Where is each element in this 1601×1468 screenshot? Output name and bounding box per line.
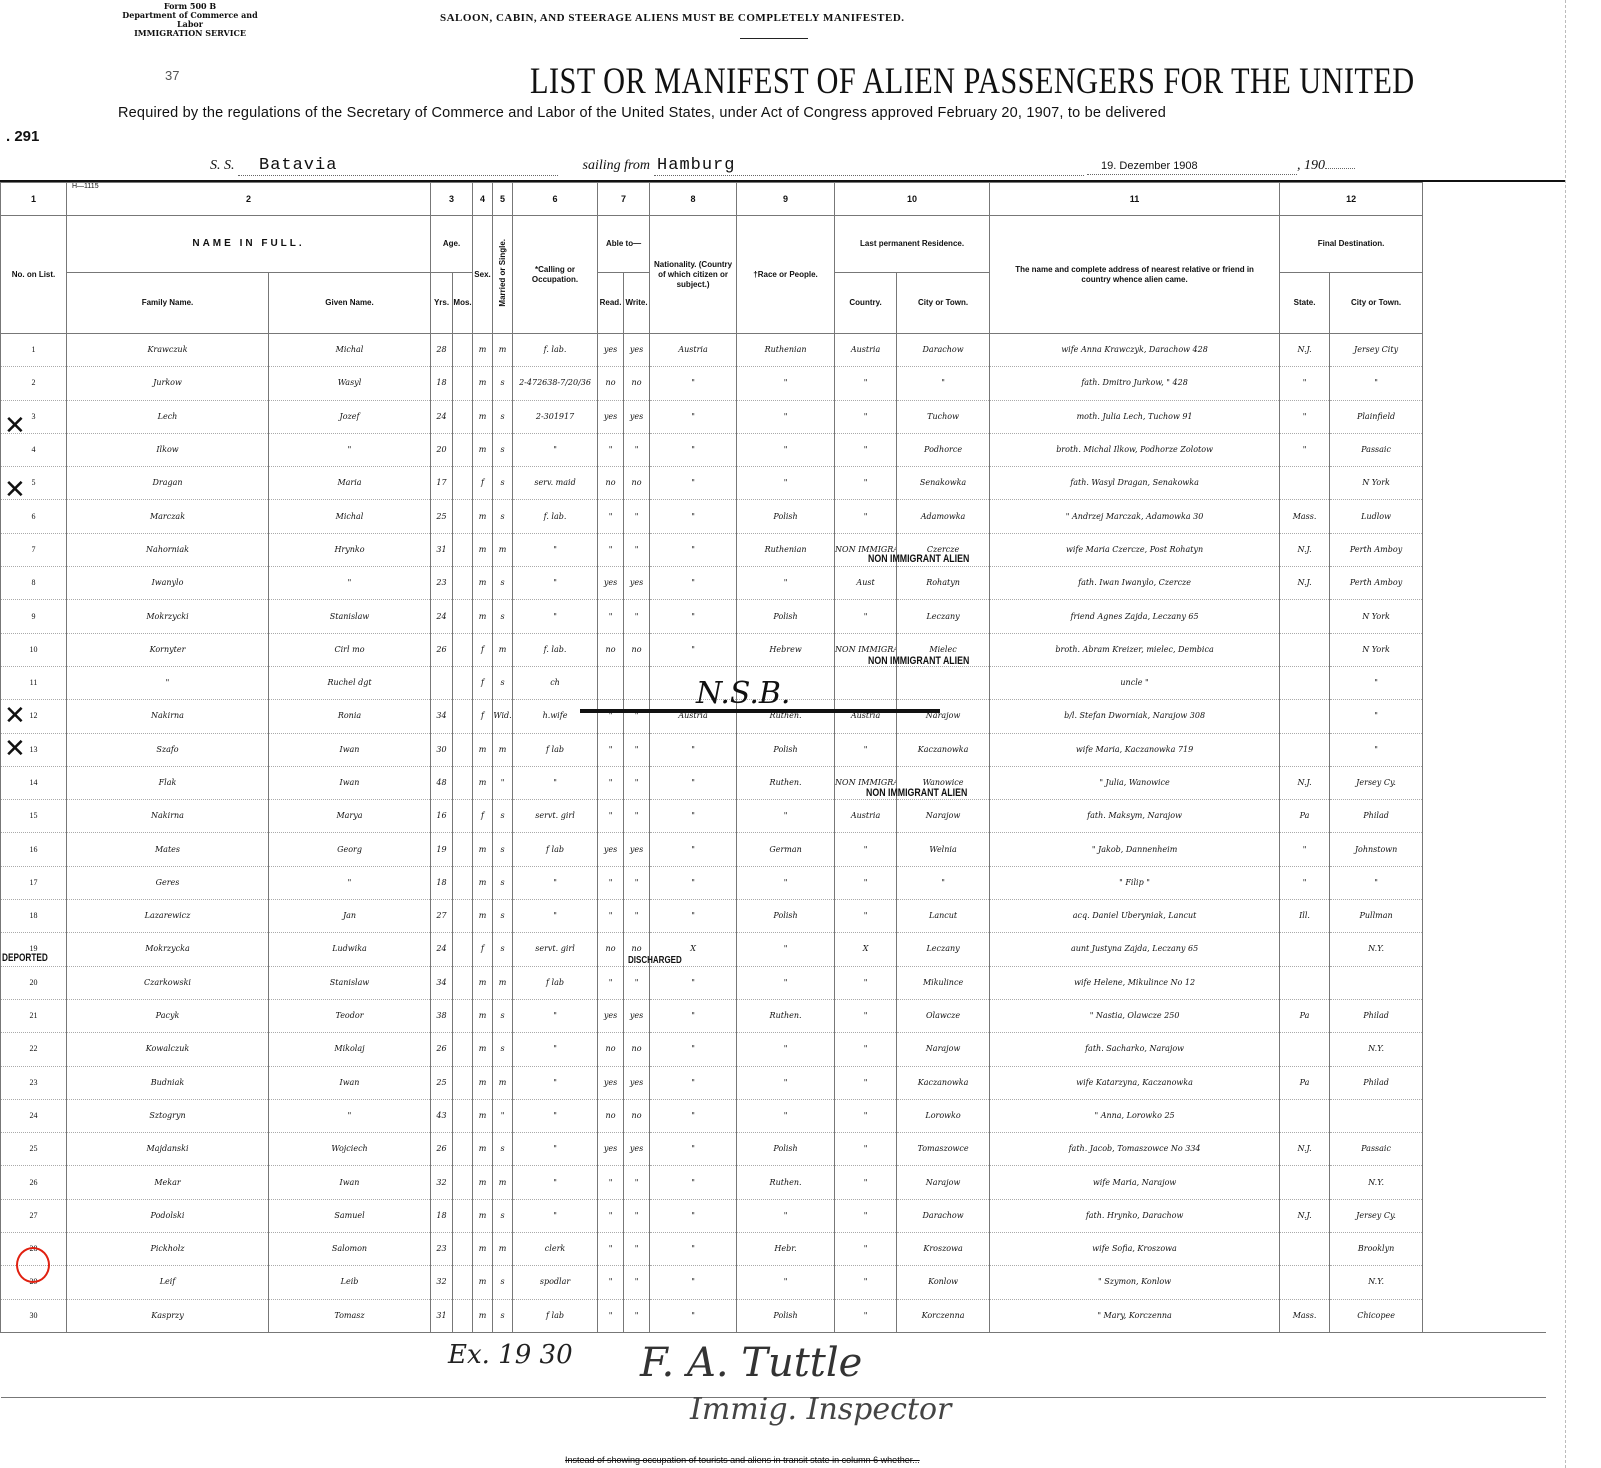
can-write: " xyxy=(624,966,650,999)
sailing-label: sailing from xyxy=(583,158,651,173)
given-name: Marya xyxy=(269,800,431,833)
nearest-relative: " Nastia, Olawcze 250 xyxy=(990,999,1280,1032)
nearest-relative: wife Maria, Narajow xyxy=(990,1166,1280,1199)
can-write: yes xyxy=(624,833,650,866)
given-name: Stanislaw xyxy=(269,966,431,999)
date-stamp: 19. Dezember 1908 xyxy=(1101,160,1198,172)
spacer xyxy=(1423,183,1546,216)
residence-country: " xyxy=(835,1033,897,1066)
year-prefix: 190 xyxy=(1304,158,1325,173)
given-name: Leib xyxy=(269,1266,431,1299)
race: " xyxy=(737,433,835,466)
tally-mark: Ex. 19 30 xyxy=(448,1340,573,1370)
nationality: " xyxy=(650,633,737,666)
residence-city: Kroszowa xyxy=(897,1233,990,1266)
residence-country: " xyxy=(835,999,897,1032)
sex: m xyxy=(473,999,493,1032)
nearest-relative: fath. Maksym, Narajow xyxy=(990,800,1280,833)
table-row: 13SzafoIwan30mmf lab"""Polish"Kaczanowka… xyxy=(1,733,1546,766)
can-read: yes xyxy=(598,400,624,433)
can-write: yes xyxy=(624,567,650,600)
row-number: 24 xyxy=(1,1099,67,1132)
can-read: " xyxy=(598,1266,624,1299)
marital-status: s xyxy=(493,933,513,966)
dest-state xyxy=(1280,1099,1330,1132)
table-row: 27PodolskiSamuel18ms""""""Darachowfath. … xyxy=(1,1199,1546,1232)
race: " xyxy=(737,1199,835,1232)
dest-state: N.J. xyxy=(1280,1133,1330,1166)
marital-status: s xyxy=(493,400,513,433)
can-read: " xyxy=(598,500,624,533)
given-name: Stanislaw xyxy=(269,600,431,633)
margin xyxy=(1423,633,1546,666)
can-write: yes xyxy=(624,400,650,433)
can-read: " xyxy=(598,1166,624,1199)
dest-city: Philad xyxy=(1330,999,1423,1032)
age-years: 26 xyxy=(431,1033,453,1066)
sex: m xyxy=(473,1133,493,1166)
nearest-relative: moth. Julia Lech, Tuchow 91 xyxy=(990,400,1280,433)
residence-city: Narajow xyxy=(897,1033,990,1066)
margin xyxy=(1423,500,1546,533)
age-months xyxy=(453,900,473,933)
age-years: 26 xyxy=(431,633,453,666)
write-header: Write. xyxy=(624,273,650,334)
dest-city: N.Y. xyxy=(1330,933,1423,966)
age-years: 18 xyxy=(431,367,453,400)
given-name: Samuel xyxy=(269,1199,431,1232)
ship-info-line: S. S. Batavia sailing from Hamburg 19. D… xyxy=(210,156,1355,176)
sex: m xyxy=(473,1033,493,1066)
nearest-relative: " Anna, Lorowko 25 xyxy=(990,1099,1280,1132)
age-years: 19 xyxy=(431,833,453,866)
margin xyxy=(1423,1266,1546,1299)
marital-status: s xyxy=(493,1266,513,1299)
can-write: no xyxy=(624,1099,650,1132)
occupation: clerk xyxy=(513,1233,598,1266)
family-name: Sztogryn xyxy=(67,1099,269,1132)
age-months xyxy=(453,1066,473,1099)
race: " xyxy=(737,933,835,966)
marital-status: s xyxy=(493,500,513,533)
marital-status: m xyxy=(493,966,513,999)
table-row: 25MajdanskiWojciech26ms"yesyes"Polish"To… xyxy=(1,1133,1546,1166)
dest-state xyxy=(1280,600,1330,633)
nationality-header: Nationality. (Country of which citizen o… xyxy=(650,216,737,334)
dest-state xyxy=(1280,733,1330,766)
race: Ruthen. xyxy=(737,1166,835,1199)
age-years: 24 xyxy=(431,600,453,633)
nationality: " xyxy=(650,999,737,1032)
marital-status: m xyxy=(493,1166,513,1199)
family-name: Mates xyxy=(67,833,269,866)
can-write: no xyxy=(624,367,650,400)
margin xyxy=(1423,900,1546,933)
row-number: 23 xyxy=(1,1066,67,1099)
residence-city: Senakowka xyxy=(897,467,990,500)
table-row: 9MokrzyckiStanislaw24ms""""Polish"Leczan… xyxy=(1,600,1546,633)
can-read: " xyxy=(598,766,624,799)
can-write: " xyxy=(624,600,650,633)
can-read: yes xyxy=(598,1133,624,1166)
x-mark-icon: ✕ xyxy=(4,411,26,441)
can-read: " xyxy=(598,966,624,999)
family-name: Krawczuk xyxy=(67,334,269,367)
name-in-full-header: NAME IN FULL. xyxy=(67,216,431,273)
dest-city: Jersey City xyxy=(1330,334,1423,367)
margin xyxy=(1423,1199,1546,1232)
sex: m xyxy=(473,1166,493,1199)
sex: f xyxy=(473,800,493,833)
dest-city: N.Y. xyxy=(1330,1166,1423,1199)
row-number: 11 xyxy=(1,666,67,699)
can-read: yes xyxy=(598,833,624,866)
margin xyxy=(1423,933,1546,966)
occupation: " xyxy=(513,1099,598,1132)
given-name: Michal xyxy=(269,334,431,367)
family-name: Majdanski xyxy=(67,1133,269,1166)
race: Polish xyxy=(737,600,835,633)
nearest-relative: wife Maria Czercze, Post Rohatyn xyxy=(990,533,1280,566)
family-name: Mokrzycka xyxy=(67,933,269,966)
occupation: " xyxy=(513,999,598,1032)
age-months xyxy=(453,933,473,966)
race: German xyxy=(737,833,835,866)
date-field: 19. Dezember 1908 xyxy=(1087,158,1297,175)
residence-city: Korczenna xyxy=(897,1299,990,1332)
sex: m xyxy=(473,400,493,433)
family-name: Marczak xyxy=(67,500,269,533)
dest-city xyxy=(1330,966,1423,999)
race: " xyxy=(737,800,835,833)
family-name: Budniak xyxy=(67,1066,269,1099)
age-years: 16 xyxy=(431,800,453,833)
marital-status: m xyxy=(493,1233,513,1266)
dest-state xyxy=(1280,933,1330,966)
race: " xyxy=(737,1266,835,1299)
age-months xyxy=(453,467,473,500)
residence-city: Rohatyn xyxy=(897,567,990,600)
can-read: no xyxy=(598,367,624,400)
age-years: 24 xyxy=(431,933,453,966)
marital-status: " xyxy=(493,1099,513,1132)
row-number: 18 xyxy=(1,900,67,933)
dest-state: " xyxy=(1280,833,1330,866)
marital-status: m xyxy=(493,633,513,666)
marital-status: s xyxy=(493,1033,513,1066)
row-number: 10 xyxy=(1,633,67,666)
country-header: Country. xyxy=(835,273,897,334)
table-row: 3LechJozef24ms2-301917yesyes"""Tuchowmot… xyxy=(1,400,1546,433)
nationality: " xyxy=(650,733,737,766)
age-years: 28 xyxy=(431,334,453,367)
age-years xyxy=(431,666,453,699)
can-write: " xyxy=(624,700,650,733)
passenger-rows: 1KrawczukMichal28mmf. lab.yesyesAustriaR… xyxy=(1,334,1546,1333)
colnum-3: 3 xyxy=(431,183,473,216)
margin xyxy=(1423,1066,1546,1099)
given-name: " xyxy=(269,866,431,899)
dest-state: N.J. xyxy=(1280,567,1330,600)
family-name: Kornyter xyxy=(67,633,269,666)
sex: m xyxy=(473,1233,493,1266)
family-name: Czarkowski xyxy=(67,966,269,999)
race: " xyxy=(737,467,835,500)
residence-country: " xyxy=(835,1099,897,1132)
marital-status: s xyxy=(493,467,513,500)
dest-state: Mass. xyxy=(1280,500,1330,533)
residence-city: Kaczanowka xyxy=(897,733,990,766)
dest-city xyxy=(1330,1099,1423,1132)
colnum-9: 9 xyxy=(737,183,835,216)
given-name: Ruchel dgt xyxy=(269,666,431,699)
table-row: 4Ilkow"20ms""""""Podhorcebroth. Michal I… xyxy=(1,433,1546,466)
occupation: f lab xyxy=(513,733,598,766)
row-number: 9 xyxy=(1,600,67,633)
residence-city: " xyxy=(897,367,990,400)
manifest-warning: SALOON, CABIN, AND STEERAGE ALIENS MUST … xyxy=(440,12,905,24)
table-row: 17Geres"18ms"""""""" Filip """ xyxy=(1,866,1546,899)
family-name: Ilkow xyxy=(67,433,269,466)
can-write: no xyxy=(624,1033,650,1066)
can-read: " xyxy=(598,433,624,466)
margin xyxy=(1423,766,1546,799)
residence-city: Tomaszowce xyxy=(897,1133,990,1166)
can-write: yes xyxy=(624,999,650,1032)
dest-city: Passaic xyxy=(1330,433,1423,466)
colnum-10: 10 xyxy=(835,183,990,216)
marital-status: " xyxy=(493,766,513,799)
dest-city: Philad xyxy=(1330,1066,1423,1099)
sex: m xyxy=(473,533,493,566)
read-header: Read. xyxy=(598,273,624,334)
row-number: 8 xyxy=(1,567,67,600)
race: " xyxy=(737,567,835,600)
table-row: 28PickholzSalomon23mmclerk"""Hebr."Krosz… xyxy=(1,1233,1546,1266)
row-number: 26 xyxy=(1,1166,67,1199)
residence-country: " xyxy=(835,367,897,400)
city-header: City or Town. xyxy=(897,273,990,334)
x-mark-icon: ✕ xyxy=(4,734,26,764)
family-name: Mekar xyxy=(67,1166,269,1199)
dest-city: " xyxy=(1330,866,1423,899)
page-subtitle: Required by the regulations of the Secre… xyxy=(118,105,1166,121)
colnum-8: 8 xyxy=(650,183,737,216)
dest-state: N.J. xyxy=(1280,533,1330,566)
non-immigrant-stamp: NON IMMIGRANT ALIEN xyxy=(868,553,969,565)
table-row: 16MatesGeorg19msf labyesyes"German"Welni… xyxy=(1,833,1546,866)
relative-header: The name and complete address of nearest… xyxy=(990,216,1280,334)
can-write: yes xyxy=(624,1133,650,1166)
nationality: Austria xyxy=(650,334,737,367)
nearest-relative: " Szymon, Konlow xyxy=(990,1266,1280,1299)
dest-city: " xyxy=(1330,666,1423,699)
nationality: " xyxy=(650,800,737,833)
race: Polish xyxy=(737,500,835,533)
occupation: servt. girl xyxy=(513,800,598,833)
given-name-header: Given Name. xyxy=(269,273,431,334)
dest-state xyxy=(1280,1033,1330,1066)
row-number: 21 xyxy=(1,999,67,1032)
colnum-4: 4 xyxy=(473,183,493,216)
sex: m xyxy=(473,866,493,899)
x-mark-icon: ✕ xyxy=(4,701,26,731)
sex-header: Sex. xyxy=(473,216,493,334)
given-name: " xyxy=(269,433,431,466)
nationality: " xyxy=(650,367,737,400)
discharged-stamp: DISCHARGED xyxy=(628,955,682,966)
nearest-relative: fath. Iwan Iwanylo, Czercze xyxy=(990,567,1280,600)
marital-status: m xyxy=(493,533,513,566)
dest-city: N York xyxy=(1330,467,1423,500)
given-name: Michal xyxy=(269,500,431,533)
age-months xyxy=(453,400,473,433)
age-months xyxy=(453,700,473,733)
sex: m xyxy=(473,833,493,866)
marital-status: s xyxy=(493,367,513,400)
given-name: Mikolaj xyxy=(269,1033,431,1066)
age-years: 31 xyxy=(431,533,453,566)
family-name: Dragan xyxy=(67,467,269,500)
dest-city: " xyxy=(1330,367,1423,400)
age-months xyxy=(453,334,473,367)
marital-status: s xyxy=(493,900,513,933)
dest-city: N York xyxy=(1330,600,1423,633)
residence-country: " xyxy=(835,833,897,866)
dest-city: N.Y. xyxy=(1330,1266,1423,1299)
race: Ruthen. xyxy=(737,999,835,1032)
residence-country: Aust xyxy=(835,567,897,600)
year-field xyxy=(1325,168,1355,169)
dest-city: Pullman xyxy=(1330,900,1423,933)
table-row: 15NakirnaMarya16fsservt. girl""""Austria… xyxy=(1,800,1546,833)
nearest-relative: wife Anna Krawczyk, Darachow 428 xyxy=(990,334,1280,367)
given-name: Cirl mo xyxy=(269,633,431,666)
given-name: Ludwika xyxy=(269,933,431,966)
nearest-relative: fath. Wasyl Dragan, Senakowka xyxy=(990,467,1280,500)
nearest-relative: " Julia, Wanowice xyxy=(990,766,1280,799)
deported-stamp: DEPORTED xyxy=(2,952,48,964)
row-number: 30 xyxy=(1,1299,67,1332)
dest-state: " xyxy=(1280,866,1330,899)
can-write: " xyxy=(624,1299,650,1332)
race-header: †Race or People. xyxy=(737,216,835,334)
sex: m xyxy=(473,500,493,533)
can-write xyxy=(624,666,650,699)
dest-state xyxy=(1280,467,1330,500)
page-title: LIST OR MANIFEST OF ALIEN PASSENGERS FOR… xyxy=(530,60,1415,103)
nearest-relative: wife Helene, Mikulince No 12 xyxy=(990,966,1280,999)
residence-header: Last permanent Residence. xyxy=(835,216,990,273)
able-to-header: Able to— xyxy=(598,216,650,273)
occupation: " xyxy=(513,1066,598,1099)
can-write: yes xyxy=(624,334,650,367)
can-write: " xyxy=(624,1266,650,1299)
dest-city: Chicopee xyxy=(1330,1299,1423,1332)
table-row: 8Iwanylo"23ms"yesyes""AustRohatynfath. I… xyxy=(1,567,1546,600)
margin xyxy=(1423,666,1546,699)
page-edge xyxy=(1565,0,1567,1468)
dest-city: " xyxy=(1330,700,1423,733)
can-read: no xyxy=(598,467,624,500)
age-years: 23 xyxy=(431,567,453,600)
occupation: " xyxy=(513,766,598,799)
can-write: no xyxy=(624,633,650,666)
occupation: f lab xyxy=(513,966,598,999)
age-years: 34 xyxy=(431,966,453,999)
race: " xyxy=(737,400,835,433)
calling-header: *Calling or Occupation. xyxy=(513,216,598,334)
residence-city xyxy=(897,666,990,699)
can-read: " xyxy=(598,533,624,566)
age-years: 25 xyxy=(431,1066,453,1099)
nationality: " xyxy=(650,467,737,500)
can-read: " xyxy=(598,900,624,933)
nearest-relative: wife Maria, Kaczanowka 719 xyxy=(990,733,1280,766)
dest-state xyxy=(1280,1266,1330,1299)
age-months xyxy=(453,733,473,766)
margin xyxy=(1423,833,1546,866)
dest-state xyxy=(1280,666,1330,699)
occupation: servt. girl xyxy=(513,933,598,966)
table-row: 24Sztogryn"43m""nono"""Lorowko" Anna, Lo… xyxy=(1,1099,1546,1132)
occupation: " xyxy=(513,866,598,899)
age-years: 26 xyxy=(431,1133,453,1166)
residence-country: Austria xyxy=(835,334,897,367)
sex: f xyxy=(473,467,493,500)
age-months xyxy=(453,600,473,633)
row-number: 27 xyxy=(1,1199,67,1232)
given-name: Ronia xyxy=(269,700,431,733)
x-mark-icon: ✕ xyxy=(4,475,26,505)
can-read: " xyxy=(598,600,624,633)
marital-status: s xyxy=(493,833,513,866)
row-number: 1 xyxy=(1,334,67,367)
occupation: " xyxy=(513,567,598,600)
age-months xyxy=(453,800,473,833)
residence-country: Austria xyxy=(835,800,897,833)
age-years: 30 xyxy=(431,733,453,766)
dest-state xyxy=(1280,1233,1330,1266)
margin xyxy=(1423,567,1546,600)
nearest-relative: aunt Justyna Zajda, Leczany 65 xyxy=(990,933,1280,966)
colnum-5: 5 xyxy=(493,183,513,216)
age-months xyxy=(453,1166,473,1199)
given-name: Wasyl xyxy=(269,367,431,400)
table-row: 30KasprzyTomasz31msf lab"""Polish"Korcze… xyxy=(1,1299,1546,1332)
nationality: " xyxy=(650,1233,737,1266)
race: Polish xyxy=(737,900,835,933)
occupation: 2-301917 xyxy=(513,400,598,433)
divider xyxy=(740,38,808,39)
nearest-relative: " Filip " xyxy=(990,866,1280,899)
residence-country xyxy=(835,666,897,699)
occupation: " xyxy=(513,1033,598,1066)
margin xyxy=(1423,400,1546,433)
dest-state: N.J. xyxy=(1280,1199,1330,1232)
nearest-relative: " Jakob, Dannenheim xyxy=(990,833,1280,866)
given-name: Hrynko xyxy=(269,533,431,566)
race: Ruthen. xyxy=(737,766,835,799)
margin xyxy=(1423,700,1546,733)
residence-city: Leczany xyxy=(897,600,990,633)
age-months xyxy=(453,500,473,533)
table-row: 10KornyterCirl mo26fmf. lab.nono"HebrewN… xyxy=(1,633,1546,666)
dest-state: Pa xyxy=(1280,1066,1330,1099)
age-years: 23 xyxy=(431,1233,453,1266)
residence-country: " xyxy=(835,600,897,633)
marital-status: s xyxy=(493,800,513,833)
